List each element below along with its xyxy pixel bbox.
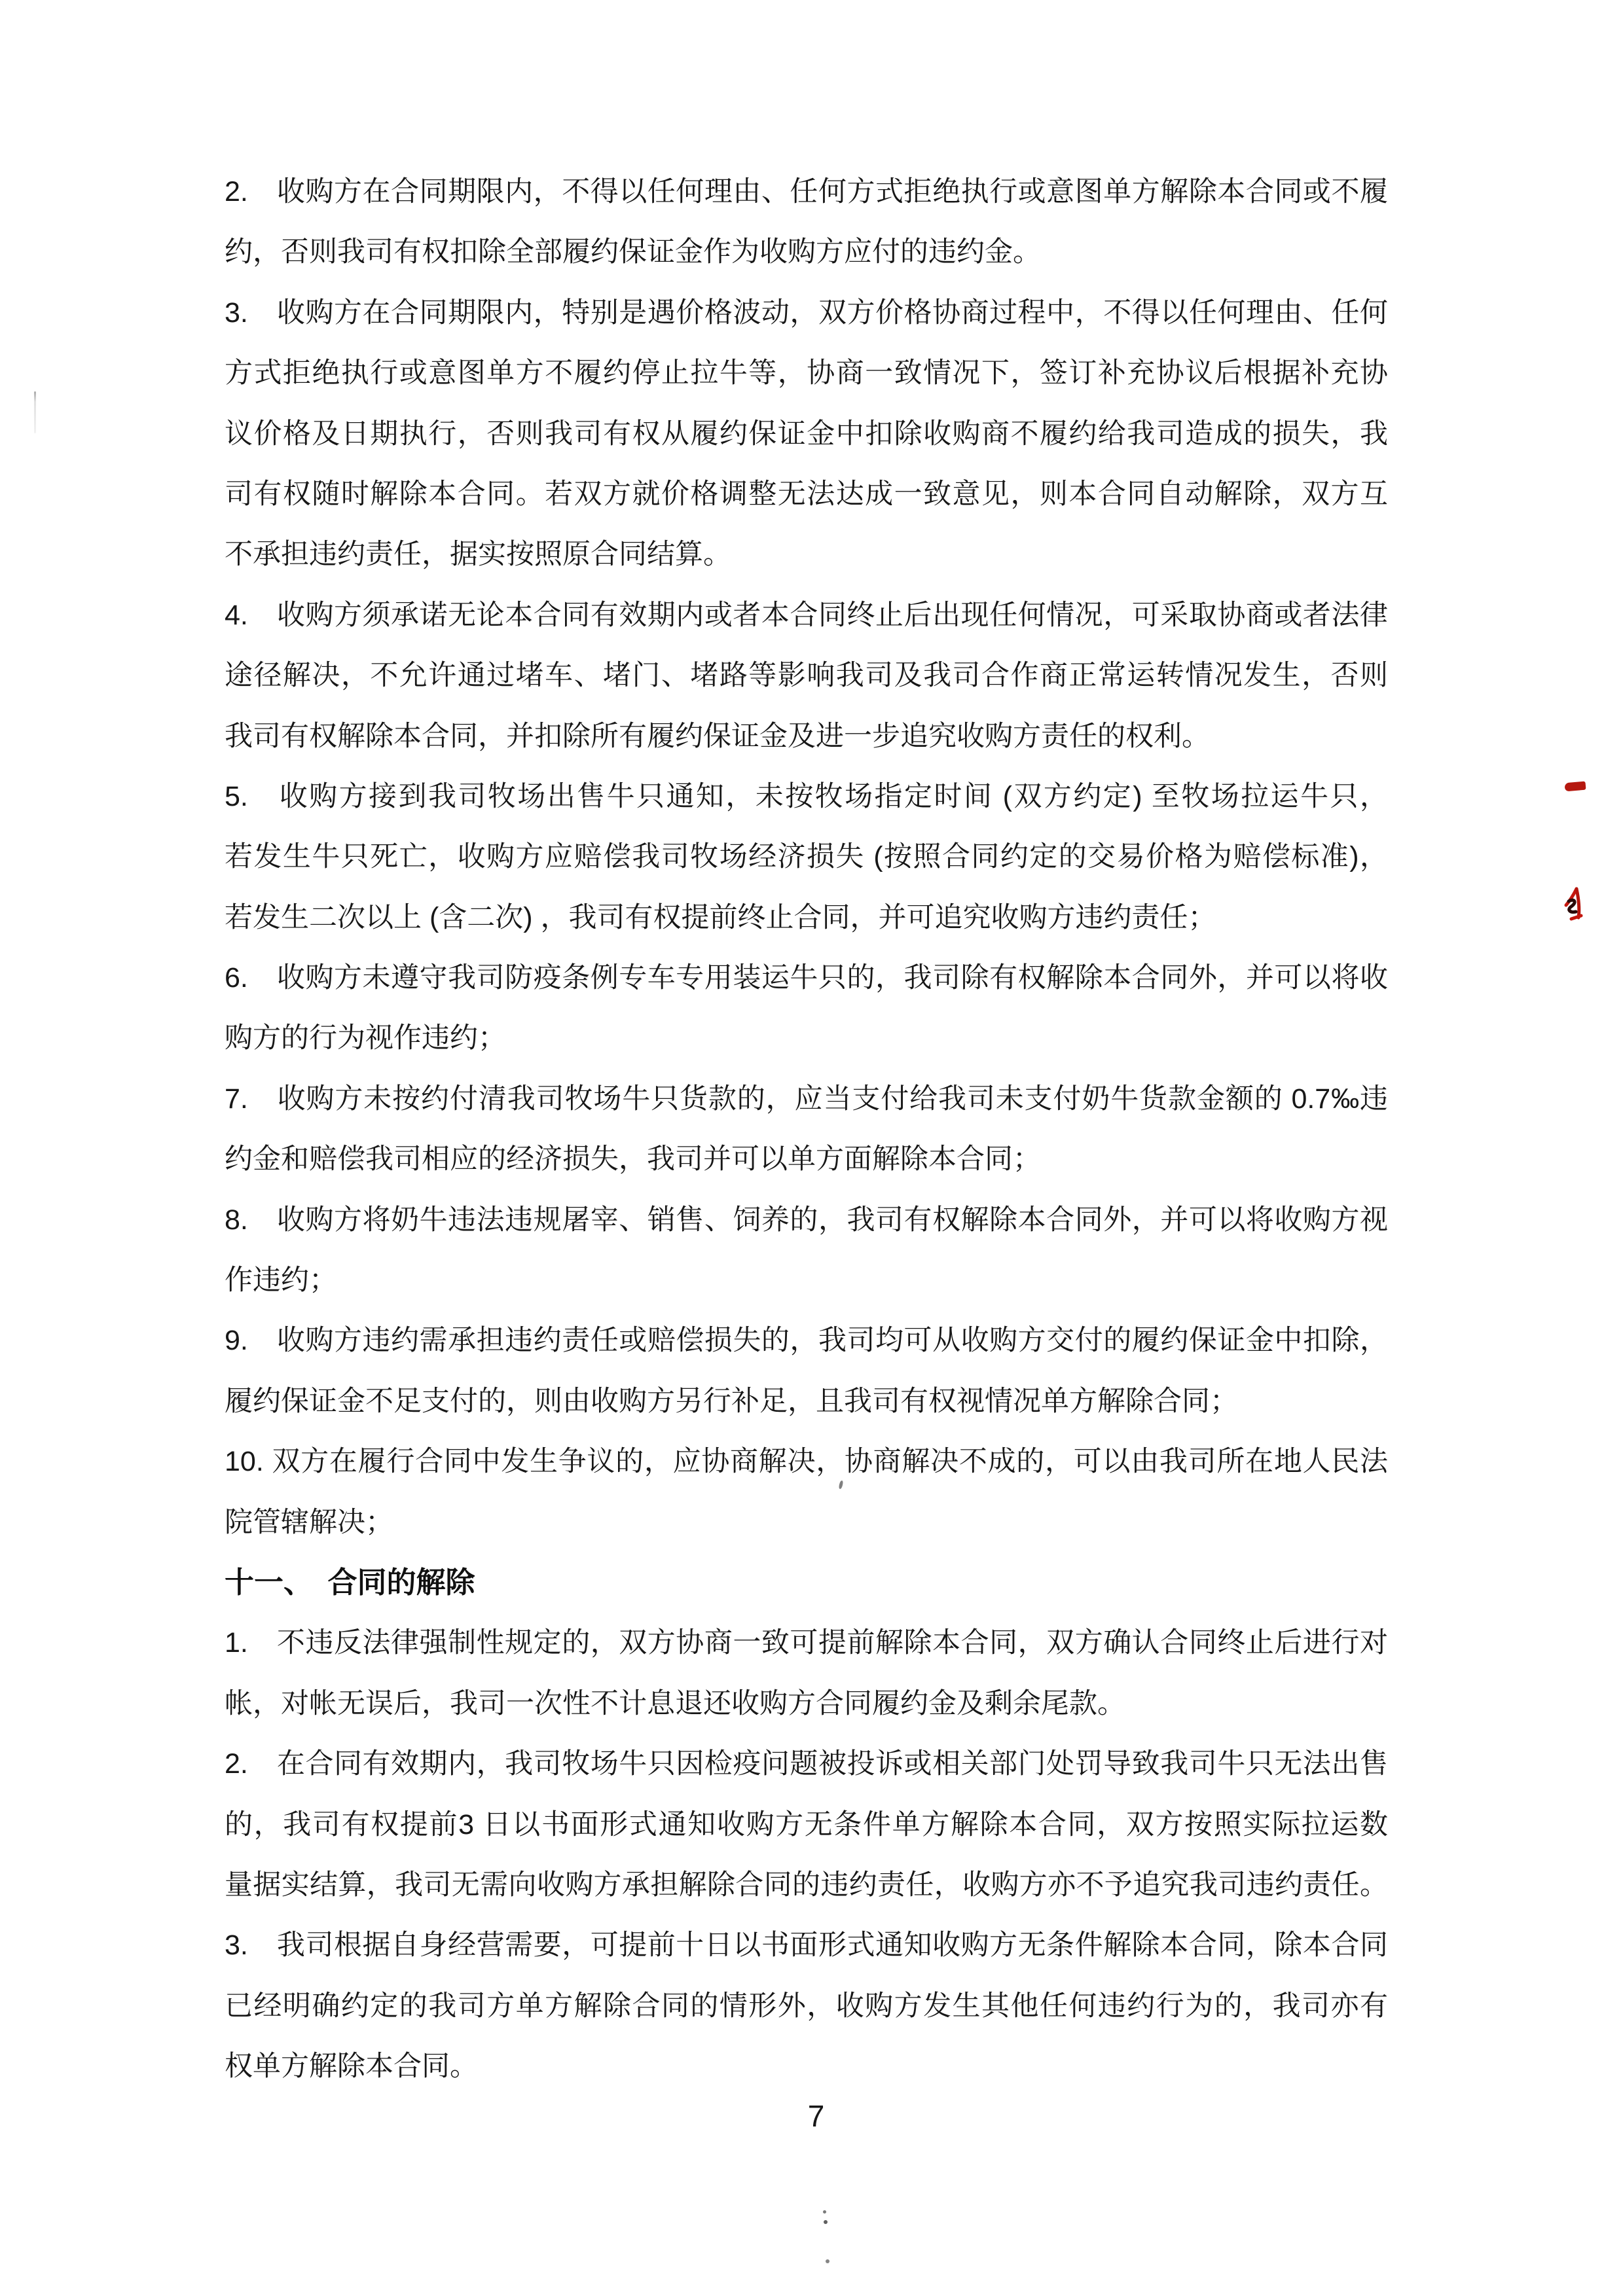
text-line: 1. 不违反法律强制性规定的，双方协商一致可提前解除本合同，双方确认合同终止后进…: [225, 1613, 1388, 1673]
text-line: 若发生牛只死亡，收购方应赔偿我司牧场经济损失 (按照合同约定的交易价格为赔偿标准…: [225, 827, 1388, 887]
margin-red-dash-annotation: [1564, 781, 1586, 792]
text-line: 的，我司有权提前3 日以书面形式通知收购方无条件单方解除本合同，双方按照实际拉运…: [225, 1795, 1388, 1855]
text-line: 购方的行为视作违约；: [225, 1008, 1388, 1068]
text-line: 7. 收购方未按约付清我司牧场牛只货款的，应当支付给我司未支付奶牛货款金额的 0…: [225, 1069, 1388, 1129]
contract-page: 2. 收购方在合同期限内，不得以任何理由、任何方式拒绝执行或意图单方解除本合同或…: [0, 0, 1623, 2296]
text-line: 方式拒绝执行或意图单方不履约停止拉牛等，协商一致情况下，签订补充协议后根据补充协: [225, 343, 1388, 403]
text-line: 10. 双方在履行合同中发生争议的，应协商解决，协商解决不成的，可以由我司所在地…: [225, 1431, 1388, 1492]
page-number: 7: [0, 2096, 1623, 2136]
text-line: 约，否则我司有权扣除全部履约保证金作为收购方应付的违约金。: [225, 222, 1388, 282]
margin-red-scribble-annotation: [1562, 885, 1588, 924]
text-line: 权单方解除本合同。: [225, 2036, 1388, 2096]
text-line: 量据实结算，我司无需向收购方承担解除合同的违约责任，收购方亦不予追究我司违约责任…: [225, 1855, 1388, 1915]
text-line: 6. 收购方未遵守我司防疫条例专车专用装运牛只的，我司除有权解除本合同外，并可以…: [225, 948, 1388, 1008]
text-line: 我司有权解除本合同，并扣除所有履约保证金及进一步追究收购方责任的权利。: [225, 706, 1388, 766]
text-line: 已经明确约定的我司方单方解除合同的情形外，收购方发生其他任何违约行为的，我司亦有: [225, 1976, 1388, 2036]
text-line: 5. 收购方接到我司牧场出售牛只通知，未按牧场指定时间 (双方约定) 至牧场拉运…: [225, 766, 1388, 827]
scan-speck: [824, 2220, 828, 2224]
text-line: 8. 收购方将奶牛违法违规屠宰、销售、饲养的，我司有权解除本合同外，并可以将收购…: [225, 1190, 1388, 1250]
text-line: 不承担违约责任，据实按照原合同结算。: [225, 524, 1388, 584]
text-line: 履约保证金不足支付的，则由收购方另行补足，且我司有权视情况单方解除合同；: [225, 1371, 1388, 1431]
text-line: 3. 我司根据自身经营需要，可提前十日以书面形式通知收购方无条件解除本合同，除本…: [225, 1915, 1388, 1975]
scan-scratch-artifact: [34, 391, 36, 433]
text-line: 3. 收购方在合同期限内，特别是遇价格波动，双方价格协商过程中，不得以任何理由、…: [225, 283, 1388, 343]
text-line: 2. 收购方在合同期限内，不得以任何理由、任何方式拒绝执行或意图单方解除本合同或…: [225, 162, 1388, 222]
scan-speck: [826, 2259, 830, 2263]
text-line: 帐，对帐无误后，我司一次性不计息退还收购方合同履约金及剩余尾款。: [225, 1674, 1388, 1734]
text-line: 4. 收购方须承诺无论本合同有效期内或者本合同终止后出现任何情况，可采取协商或者…: [225, 585, 1388, 645]
text-line: 司有权随时解除本合同。若双方就价格调整无法达成一致意见，则本合同自动解除，双方互: [225, 464, 1388, 524]
text-line: 议价格及日期执行，否则我司有权从履约保证金中扣除收购商不履约给我司造成的损失，我: [225, 404, 1388, 464]
text-line: 约金和赔偿我司相应的经济损失，我司并可以单方面解除本合同；: [225, 1129, 1388, 1189]
contract-body: 2. 收购方在合同期限内，不得以任何理由、任何方式拒绝执行或意图单方解除本合同或…: [225, 162, 1388, 2097]
text-line: 9. 收购方违约需承担违约责任或赔偿损失的，我司均可从收购方交付的履约保证金中扣…: [225, 1310, 1388, 1371]
text-line: 途径解决，不允许通过堵车、堵门、堵路等影响我司及我司合作商正常运转情况发生，否则: [225, 645, 1388, 706]
text-line: 作违约；: [225, 1250, 1388, 1310]
text-line: 若发生二次以上 (含二次) ，我司有权提前终止合同，并可追究收购方违约责任；: [225, 888, 1388, 948]
section-heading: 十一、 合同的解除: [225, 1552, 1388, 1613]
text-line: 院管辖解决；: [225, 1492, 1388, 1552]
scan-speck: [823, 2210, 826, 2214]
text-line: 2. 在合同有效期内，我司牧场牛只因检疫问题被投诉或相关部门处罚导致我司牛只无法…: [225, 1734, 1388, 1794]
